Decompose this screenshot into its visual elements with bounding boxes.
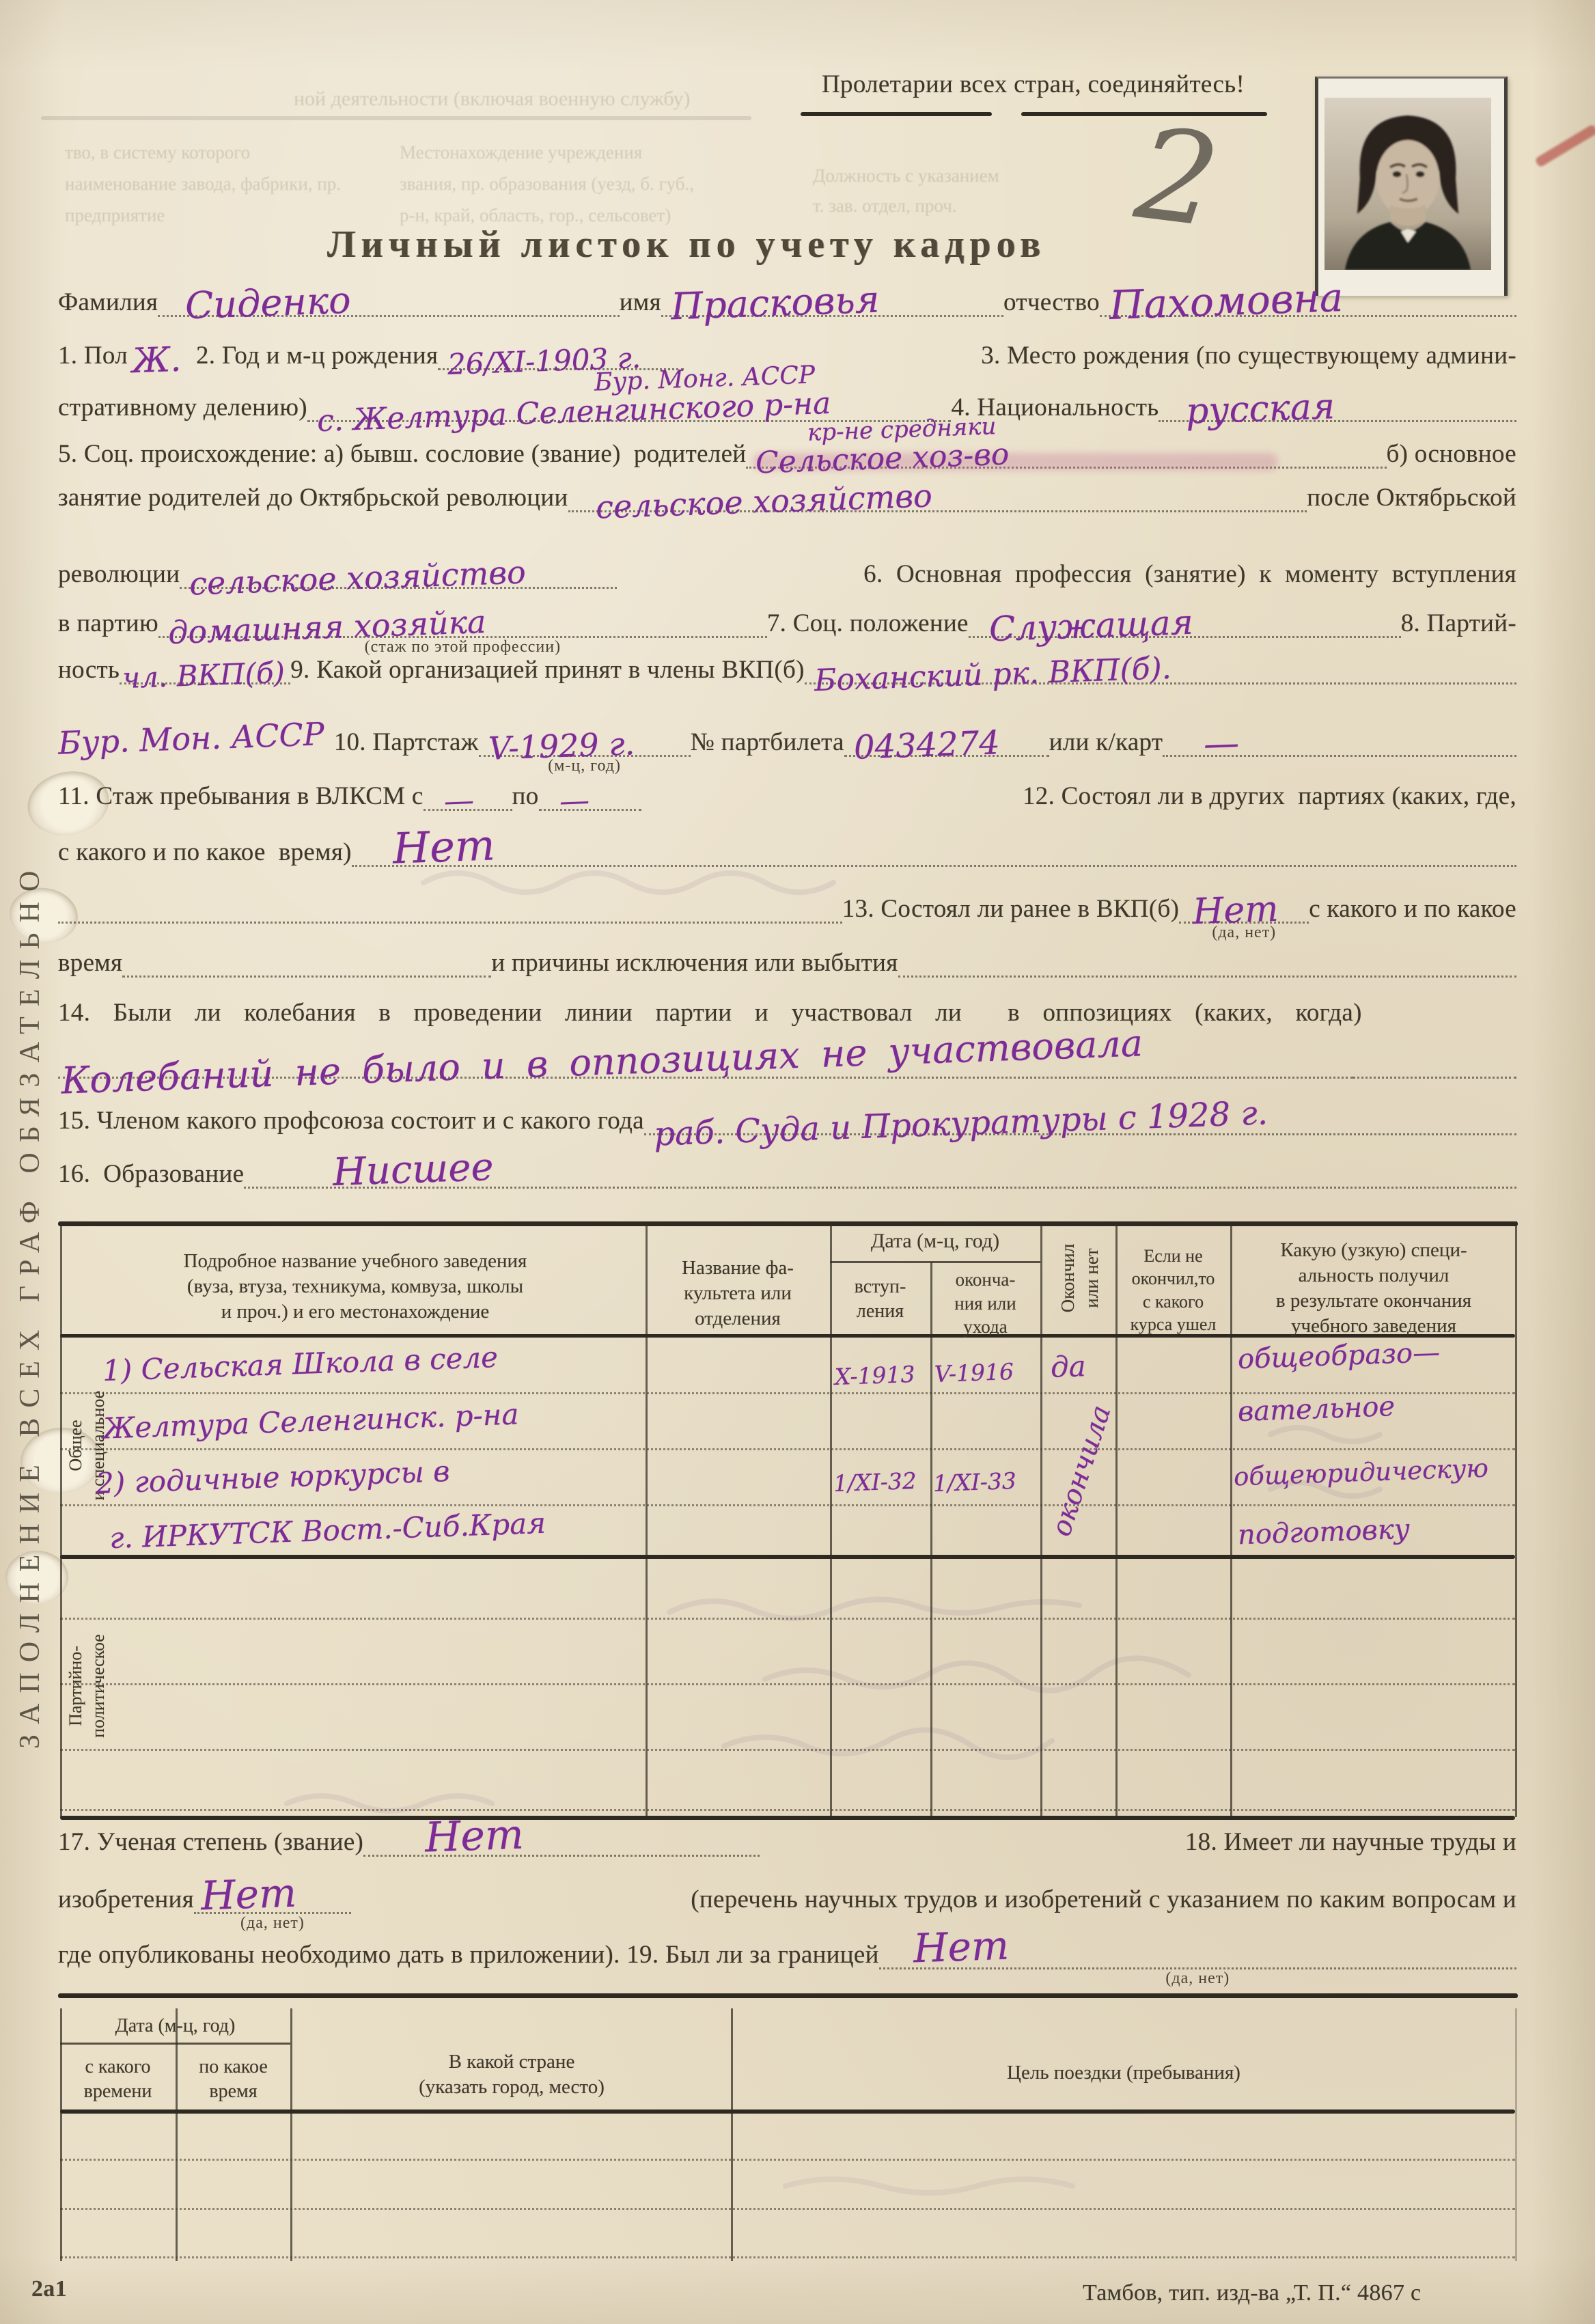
form-title: Личный листок по учету кадров	[287, 223, 1086, 266]
empty-field	[122, 939, 491, 978]
inventions-value: Нет	[200, 1870, 297, 1920]
form-line: Бур. Мон. АССР 10. Партстаж V-1929 г. (м…	[58, 719, 1516, 757]
other-parties-value: Нет	[392, 820, 496, 873]
label: 8. Партий-	[1401, 609, 1516, 638]
label: с какого и по какое	[1309, 894, 1516, 924]
social-position-field: Служащая	[969, 600, 1401, 638]
travel-col-from: с какого времени	[61, 2055, 174, 2104]
table-border	[58, 1221, 1518, 1226]
slogan-rule	[41, 116, 751, 120]
label: революции	[58, 559, 180, 589]
corner-mark: 2а1	[31, 2276, 67, 2302]
nationality-field: русская	[1159, 384, 1516, 422]
form-line: с какого и по какое время) Нет	[58, 829, 1516, 867]
ghost-text: звания, пр. образования (уезд, б. губ.,	[400, 174, 694, 195]
sex-field: Ж.	[128, 332, 196, 370]
side-note: ЗАПОЛНЕНИЕ ВСЕХ ГРАФ ОБЯЗАТЕЛЬНО	[14, 506, 46, 1749]
edu-finished-1: да	[1050, 1349, 1086, 1384]
k-kart-value: —	[1203, 723, 1240, 765]
table-border	[60, 1555, 1515, 1559]
table-border	[60, 1221, 62, 1817]
abroad-caption: (да, нет)	[879, 1969, 1516, 1988]
label: 1. Пол	[58, 341, 128, 370]
travel-col-date: Дата (м-ц, год)	[61, 2014, 289, 2038]
travel-col-country: В какой стране (указать город, место)	[294, 2049, 730, 2100]
form-line: изобретения Нет (да, нет) (перечень науч…	[58, 1876, 1516, 1914]
form-line: 15. Членом какого профсоюза состоит и с …	[58, 1097, 1516, 1135]
ghost-text: предприятие	[65, 205, 165, 226]
inventions-caption: (да, нет)	[194, 1914, 351, 1933]
label: изобретения	[58, 1885, 194, 1914]
table-border	[1040, 1221, 1042, 1817]
table-border	[60, 2109, 1515, 2114]
accepting-org-value: Боханский рк. ВКП(б).	[814, 651, 1171, 698]
label: или к/карт	[1049, 728, 1163, 757]
edu-spec-1b: вательное	[1237, 1391, 1396, 1428]
table-border	[731, 2008, 733, 2261]
wavering-value: Колебаний не было и в оппозициях не учас…	[60, 1021, 1143, 1102]
edu-date-out-1: V-1916	[934, 1358, 1014, 1387]
label: занятие родителей до Октябрьской революц…	[58, 483, 568, 512]
edu-school-2b: г. ИРКУТСК Вост.-Сиб.Края	[109, 1506, 546, 1555]
red-mark	[1534, 124, 1595, 167]
vlksm-to-field: —	[539, 773, 641, 811]
table-border	[290, 2008, 292, 2261]
travel-col-to: по какое время	[178, 2055, 289, 2104]
edu-school-1: 1) Сельская Школа в селе	[102, 1340, 498, 1387]
nationality-value: русская	[1185, 386, 1335, 432]
form-line: 11. Стаж пребывания в ВЛКСМ с — по — 12.…	[58, 773, 1516, 811]
table-row	[60, 2256, 1515, 2258]
vlksm-to-value: —	[559, 783, 590, 819]
ghost-text: Должность с указанием	[813, 165, 999, 186]
edu-col-specialty: Какую (узкую) специ- альность получил в …	[1234, 1238, 1514, 1339]
former-vkpb-field: Нет (да, нет)	[1179, 885, 1309, 924]
edu-school-2: 2) годичные юркурсы в	[95, 1454, 450, 1500]
occupation-after-value: сельское хозяйство	[189, 553, 527, 602]
table-border	[830, 1261, 1040, 1263]
table-row	[60, 2159, 1515, 2161]
other-parties-field: Нет	[352, 829, 1516, 867]
vlksm-from-field: —	[424, 773, 512, 811]
table-border	[1230, 1221, 1232, 1817]
party-status-value: чл. ВКП(б)	[122, 656, 286, 695]
form-line: в партию домашняя хозяйка (стаж по этой …	[58, 600, 1516, 638]
slogan: Пролетарии всех стран, соединяйтесь!	[822, 70, 1245, 99]
form-line: стративному делению) Бур. Монг. АССР с. …	[58, 384, 1516, 422]
edu-spec-2: общеюридическую	[1233, 1454, 1488, 1492]
label: после Октябрьской	[1307, 483, 1516, 512]
party-status-field: чл. ВКП(б)	[120, 646, 290, 684]
label: по	[512, 781, 539, 811]
label: 11. Стаж пребывания в ВЛКСМ с	[58, 781, 424, 811]
edu-school-1b: Желтура Селенгинск. р-на	[102, 1397, 519, 1445]
label: время	[58, 948, 122, 978]
surname-label: Фамилия	[58, 288, 158, 317]
portrait-photo	[1324, 98, 1491, 270]
form-line: Колебаний не было и в оппозициях не учас…	[58, 1040, 1516, 1079]
accepting-org2-value: Бур. Мон. АССР	[57, 715, 324, 762]
form-line: время и причины исключения или выбытия	[58, 939, 1516, 978]
occupation-before-value: сельское хозяйство	[595, 477, 932, 525]
table-row	[60, 2208, 1515, 2210]
occupation-after-field: сельское хозяйство	[180, 551, 617, 589]
table-border	[60, 2008, 62, 2261]
form-line: 5. Соц. происхождение: а) бывш. сословие…	[58, 430, 1516, 469]
ghost-text: Местонахождение учреждения	[400, 142, 642, 163]
sex-value: Ж.	[131, 340, 182, 381]
abroad-field: Нет (да, нет)	[879, 1931, 1516, 1969]
label: в партию	[58, 609, 158, 638]
occupation-before-field: сельское хозяйство	[568, 474, 1307, 512]
empty-field	[898, 939, 1516, 978]
label: где опубликованы необходимо дать в прило…	[58, 1940, 879, 1969]
label: 14. Были ли колебания в проведении линии…	[58, 998, 1362, 1027]
label: 5. Соц. происхождение: а) бывш. сословие…	[58, 439, 746, 469]
patronymic-field: Пахомовна	[1100, 279, 1516, 317]
patronymic-value: Пахомовна	[1109, 274, 1344, 329]
table-border	[930, 1262, 932, 1817]
colophon: Тамбов, тип. изд-ва „Т. П.“ 4867 с	[1083, 2280, 1421, 2306]
accepting-org-field: Боханский рк. ВКП(б).	[805, 646, 1516, 684]
form-line: 14. Были ли колебания в проведении линии…	[58, 989, 1516, 1027]
label: 12. Состоял ли в других партиях (каких, …	[641, 781, 1516, 811]
surname-value: Сиденко	[184, 279, 352, 327]
empty-field	[58, 885, 842, 924]
birth-place-field: Бур. Монг. АССР с. Желтура Селенгинского…	[307, 384, 952, 422]
table-row	[60, 1809, 1515, 1811]
label: 6. Основная профессия (занятие) к момент…	[617, 559, 1516, 589]
scanned-form-page: ной деятельности (включая военную службу…	[0, 0, 1595, 2324]
edu-date-in-1: X-1913	[834, 1361, 915, 1390]
form-line: 13. Состоял ли ранее в ВКП(б) Нет (да, н…	[58, 885, 1516, 924]
edu-date-out-2: 1/XI-33	[932, 1467, 1016, 1497]
photo	[1315, 77, 1508, 296]
union-field: раб. Суда и Прокуратуры с 1928 г.	[644, 1097, 1516, 1135]
form-line: занятие родителей до Октябрьской революц…	[58, 474, 1516, 512]
surname-field: Сиденко	[158, 279, 619, 317]
vlksm-from-value: —	[443, 783, 475, 819]
edu-spec-2b: подготовку	[1237, 1514, 1410, 1551]
table-row	[60, 1683, 1515, 1685]
edu-col-date: Дата (м-ц, год)	[830, 1228, 1040, 1254]
rule	[58, 1993, 1518, 1998]
degree-value: Нет	[424, 1810, 525, 1862]
label: 17. Ученая степень (звание)	[58, 1827, 363, 1857]
edu-col-finished: Окончил или нет	[1056, 1224, 1103, 1332]
label: 13. Состоял ли ранее в ВКП(б)	[842, 894, 1180, 924]
wavering-field: Колебаний не было и в оппозициях не учас…	[58, 1040, 1353, 1079]
pencil-page-number: 2	[1130, 111, 1225, 246]
ghost-text: наименование завода, фабрики, пр.	[65, 174, 341, 195]
form-line: 16. Образование Нисшее	[58, 1150, 1516, 1189]
empty-field	[1353, 1040, 1516, 1079]
slogan-rule	[801, 112, 992, 116]
form-line: где опубликованы необходимо дать в прило…	[58, 1931, 1516, 1969]
party-seniority-field: V-1929 г. (м-ц, год)	[479, 719, 691, 757]
label: 7. Соц. положение	[767, 609, 969, 638]
table-border	[1515, 2008, 1517, 2261]
table-border	[60, 2043, 290, 2045]
name-value: Прасковья	[670, 278, 880, 329]
patronymic-label: отчество	[1003, 288, 1100, 317]
name-label: имя	[620, 288, 661, 317]
label: 9. Какой организацией принят в члены ВКП…	[290, 655, 804, 684]
travel-col-purpose: Цель поездки (пребывания)	[734, 2060, 1513, 2086]
label: б) основное	[1387, 439, 1517, 469]
table-row	[60, 1504, 1515, 1506]
label: 15. Членом какого профсоюза состоит и с …	[58, 1106, 644, 1135]
label: стративному делению)	[58, 393, 307, 422]
edu-col-faculty: Название фа- культета или отделения	[648, 1256, 828, 1331]
k-kart-field: —	[1163, 719, 1516, 757]
inventions-field: Нет (да, нет)	[194, 1876, 351, 1914]
profession-field: домашняя хозяйка (стаж по этой профессии…	[158, 600, 767, 638]
label: № партбилета	[691, 728, 844, 757]
edu-section-party: Партийно- политическое	[64, 1562, 110, 1810]
abroad-value: Нет	[913, 1922, 1010, 1972]
social-position-value: Служащая	[988, 603, 1194, 649]
edu-date-in-2: 1/XI-32	[833, 1467, 917, 1497]
label: ность	[58, 655, 120, 684]
table-row	[60, 1618, 1515, 1620]
label: 18. Имеет ли научные труды и	[760, 1827, 1516, 1857]
degree-field: Нет	[363, 1818, 760, 1857]
table-row	[60, 1749, 1515, 1751]
edu-col-date-in: вступ- ления	[831, 1275, 929, 1324]
name-field: Прасковья	[661, 279, 1003, 317]
form-line: 17. Ученая степень (звание) Нет 18. Имее…	[58, 1818, 1516, 1857]
table-border	[176, 2008, 178, 2261]
table-row	[60, 1448, 1515, 1450]
education-field: Нисшее	[244, 1150, 1516, 1189]
edu-col-date-out: оконча- ния или ухода	[932, 1268, 1039, 1339]
education-value: Нисшее	[332, 1145, 495, 1195]
edu-spec-1: общеобразо—	[1237, 1337, 1440, 1375]
identity-line: Фамилия Сиденко имя Прасковья отчество П…	[58, 279, 1516, 317]
label: 10. Партстаж	[334, 728, 479, 757]
table-border	[1515, 1221, 1517, 1817]
edu-col-school: Подробное название учебного заведения (в…	[82, 1249, 628, 1325]
label: и причины исключения или выбытия	[491, 948, 898, 978]
form-line: революции сельское хозяйство 6. Основная…	[58, 551, 1516, 589]
label: с какого и по какое время)	[58, 838, 352, 867]
ghost-text: тво, в систему которого	[65, 142, 250, 163]
ghost-text: ной деятельности (включая военную службу…	[294, 87, 691, 111]
card-number-value: 0434274	[853, 723, 1001, 766]
edu-col-left: Если не окончил,то с какого курса ушел	[1118, 1245, 1229, 1336]
label: 16. Образование	[58, 1159, 244, 1189]
union-value: раб. Суда и Прокуратуры с 1928 г.	[653, 1094, 1268, 1153]
birth-date-field: 26/XI-1903 г.	[438, 332, 684, 370]
origin-field: кр-не средняки Сельское хоз-во	[746, 430, 1386, 469]
label: (перечень научных трудов и изобретений с…	[351, 1885, 1516, 1914]
ghost-text: т. зав. отдел, проч.	[813, 195, 957, 217]
card-number-field: 0434274	[844, 719, 1049, 757]
form-line: ность чл. ВКП(б) 9. Какой организацией п…	[58, 646, 1516, 684]
label: 2. Год и м-ц рождения	[196, 341, 438, 370]
